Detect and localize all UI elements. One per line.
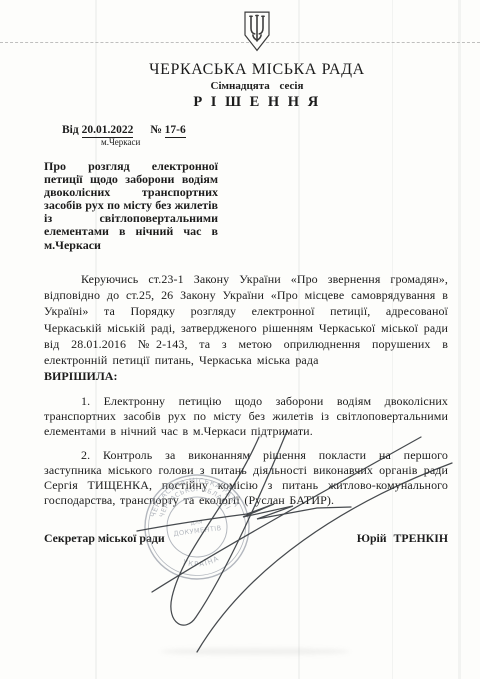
session-subtitle: Сімнадцята сесія [55, 80, 459, 92]
date-prefix: Від [62, 124, 79, 136]
official-round-stamp: ЧЕРКАСЬКА МІСЬКА РАДА ЧЕРКАСЬКОЇ ОБЛАСТІ… [134, 463, 259, 592]
scan-artifact-smudge [160, 648, 350, 655]
document-number: 17-6 [165, 124, 186, 138]
council-title: ЧЕРКАСЬКА МІСЬКА РАДА [55, 61, 459, 79]
subject-paragraph: Про розгляд електронної петиції щодо заб… [44, 160, 218, 252]
date-number-line: Від 20.01.2022 № 17-6 [62, 124, 448, 136]
ukraine-trident-emblem-icon [242, 9, 272, 60]
document-date: 20.01.2022 [82, 124, 134, 138]
resolved-label: ВИРІШИЛА: [44, 368, 448, 384]
document-page: ЧЕРКАСЬКА МІСЬКА РАДА Сімнадцята сесія Р… [0, 0, 480, 679]
document-header: ЧЕРКАСЬКА МІСЬКА РАДА Сімнадцята сесія Р… [55, 9, 459, 111]
preamble-paragraph: Керуючись ст.23-1 Закону України «Про зв… [44, 271, 448, 369]
document-type-title: Р І Ш Е Н Н Я [55, 94, 459, 111]
signer-name: Юрій ТРЕНКІН [357, 531, 448, 546]
stamp-center-line2: ДОКУМЕНТІВ [173, 524, 222, 538]
issuing-city: м.Черкаси [101, 137, 448, 147]
number-sign: № [150, 124, 162, 136]
decision-item-1: 1. Електронну петицію щодо заборони воді… [44, 394, 448, 439]
